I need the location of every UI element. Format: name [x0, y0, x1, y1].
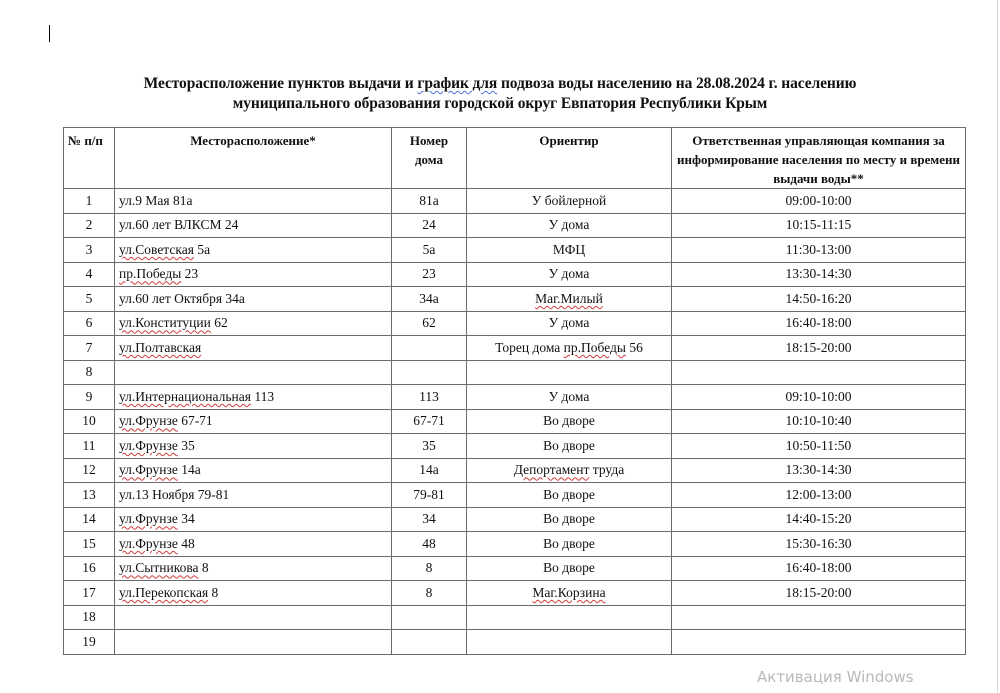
cell-time[interactable]: 09:00-10:00	[672, 189, 966, 214]
cell-house-number[interactable]: 79-81	[392, 483, 467, 508]
cell-time[interactable]	[672, 605, 966, 630]
table-row: 1ул.9 Мая 81а81аУ бойлерной09:00-10:00	[64, 189, 966, 214]
cell-landmark[interactable]: У дома	[467, 213, 672, 238]
header-landmark: Ориентир	[467, 128, 672, 189]
cell-number[interactable]: 16	[64, 556, 115, 581]
cell-landmark[interactable]: У дома	[467, 385, 672, 410]
table-row: 4пр.Победы 2323У дома13:30-14:30	[64, 262, 966, 287]
cell-landmark[interactable]: У дома	[467, 262, 672, 287]
document-title: Месторасположение пунктов выдачи и графи…	[60, 74, 940, 114]
spellcheck-flagged-text: ул.Сытникова	[119, 560, 199, 575]
spellcheck-flagged-text: ул.Фрунзе	[119, 413, 178, 428]
cell-house-number[interactable]: 34а	[392, 287, 467, 312]
cell-house-number[interactable]: 48	[392, 532, 467, 557]
cell-house-number[interactable]: 8	[392, 581, 467, 606]
cell-location[interactable]	[115, 630, 392, 655]
cell-time[interactable]: 16:40-18:00	[672, 556, 966, 581]
cell-house-number[interactable]: 113	[392, 385, 467, 410]
cell-location[interactable]: ул.Советская 5а	[115, 238, 392, 263]
cell-number[interactable]: 9	[64, 385, 115, 410]
cell-landmark[interactable]	[467, 360, 672, 385]
cell-location[interactable]: ул.Фрунзе 48	[115, 532, 392, 557]
cell-number[interactable]: 15	[64, 532, 115, 557]
cell-time[interactable]: 10:10-10:40	[672, 409, 966, 434]
cell-house-number[interactable]	[392, 630, 467, 655]
cell-house-number[interactable]: 8	[392, 556, 467, 581]
cell-number[interactable]: 12	[64, 458, 115, 483]
cell-location[interactable]: ул.Сытникова 8	[115, 556, 392, 581]
cell-number[interactable]: 13	[64, 483, 115, 508]
header-location: Месторасположение*	[115, 128, 392, 189]
header-responsible-time: Ответственная управляющая компания за ин…	[672, 128, 966, 189]
table-row: 10ул.Фрунзе 67-7167-71Во дворе10:10-10:4…	[64, 409, 966, 434]
cell-number[interactable]: 10	[64, 409, 115, 434]
cell-location[interactable]: ул.Интернациональная 113	[115, 385, 392, 410]
cell-landmark[interactable]: Маг.Милый	[467, 287, 672, 312]
cell-time[interactable]: 13:30-14:30	[672, 458, 966, 483]
cell-time[interactable]: 14:40-15:20	[672, 507, 966, 532]
cell-number[interactable]: 7	[64, 336, 115, 361]
cell-number[interactable]: 17	[64, 581, 115, 606]
header-number: № п/п	[64, 128, 115, 189]
spellcheck-flagged-text: Маг.Корзина	[532, 585, 605, 600]
cell-time[interactable]: 11:30-13:00	[672, 238, 966, 263]
cell-location[interactable]	[115, 605, 392, 630]
title-line-1: Месторасположение пунктов выдачи и графи…	[60, 74, 940, 94]
cell-house-number[interactable]: 14а	[392, 458, 467, 483]
table-row: 14ул.Фрунзе 3434Во дворе14:40-15:20	[64, 507, 966, 532]
table-header-row: № п/п Месторасположение* Номер дома Орие…	[64, 128, 966, 189]
table-row: 5ул.60 лет Октября 34а34аМаг.Милый14:50-…	[64, 287, 966, 312]
cell-number[interactable]: 2	[64, 213, 115, 238]
table-row: 19	[64, 630, 966, 655]
cell-house-number[interactable]: 34	[392, 507, 467, 532]
table-row: 11ул.Фрунзе 3535Во дворе10:50-11:50	[64, 434, 966, 459]
cell-number[interactable]: 4	[64, 262, 115, 287]
cell-number[interactable]: 1	[64, 189, 115, 214]
cell-location[interactable]: ул.13 Ноября 79-81	[115, 483, 392, 508]
cell-landmark[interactable]: Депортамент труда	[467, 458, 672, 483]
table-row: 18	[64, 605, 966, 630]
cell-location[interactable]	[115, 360, 392, 385]
table-row: 9ул.Интернациональная 113113У дома09:10-…	[64, 385, 966, 410]
cell-time[interactable]	[672, 360, 966, 385]
cell-location[interactable]: ул.Фрунзе 34	[115, 507, 392, 532]
cell-time[interactable]: 15:30-16:30	[672, 532, 966, 557]
text-cursor	[49, 25, 50, 42]
cell-landmark[interactable]: Во дворе	[467, 556, 672, 581]
cell-landmark[interactable]: Торец дома пр.Победы 56	[467, 336, 672, 361]
cell-time[interactable]: 13:30-14:30	[672, 262, 966, 287]
windows-activation-watermark: Активация Windows	[757, 668, 914, 686]
cell-time[interactable]: 18:15-20:00	[672, 581, 966, 606]
spellcheck-flagged-text: ул.Фрунзе	[119, 511, 178, 526]
cell-number[interactable]: 19	[64, 630, 115, 655]
cell-house-number[interactable]: 24	[392, 213, 467, 238]
cell-location[interactable]: ул.60 лет ВЛКСМ 24	[115, 213, 392, 238]
spellcheck-flagged-text: ул.Интернациональная	[119, 389, 251, 404]
spellcheck-flagged-text: Маг.Милый	[535, 291, 603, 306]
cell-number[interactable]: 14	[64, 507, 115, 532]
table-row: 15ул.Фрунзе 4848Во дворе15:30-16:30	[64, 532, 966, 557]
cell-number[interactable]: 8	[64, 360, 115, 385]
cell-location[interactable]: ул.Фрунзе 14а	[115, 458, 392, 483]
cell-house-number[interactable]: 67-71	[392, 409, 467, 434]
cell-time[interactable]	[672, 630, 966, 655]
cell-landmark[interactable]: Во дворе	[467, 483, 672, 508]
cell-location[interactable]: ул.Фрунзе 67-71	[115, 409, 392, 434]
cell-house-number[interactable]: 35	[392, 434, 467, 459]
water-distribution-table: № п/п Месторасположение* Номер дома Орие…	[63, 127, 966, 655]
cell-landmark[interactable]: Во дворе	[467, 409, 672, 434]
header-house-number: Номер дома	[392, 128, 467, 189]
spellcheck-flagged-text: пр.Победы	[564, 340, 626, 355]
grammar-flagged-text[interactable]: график для	[417, 75, 497, 92]
cell-landmark[interactable]: У дома	[467, 311, 672, 336]
cell-time[interactable]: 10:50-11:50	[672, 434, 966, 459]
cell-number[interactable]: 6	[64, 311, 115, 336]
cell-house-number[interactable]	[392, 360, 467, 385]
spellcheck-flagged-text: ул.Фрунзе	[119, 536, 178, 551]
cell-location[interactable]: ул.Фрунзе 35	[115, 434, 392, 459]
cell-number[interactable]: 11	[64, 434, 115, 459]
title-line-2: муниципального образования городской окр…	[60, 94, 940, 114]
cell-location[interactable]: ул.60 лет Октября 34а	[115, 287, 392, 312]
cell-landmark[interactable]: Во дворе	[467, 532, 672, 557]
spellcheck-flagged-text: ул.Конституции	[119, 315, 211, 330]
cell-landmark[interactable]: Во дворе	[467, 434, 672, 459]
cell-landmark[interactable]: Во дворе	[467, 507, 672, 532]
table-body: 1ул.9 Мая 81а81аУ бойлерной09:00-10:002у…	[64, 189, 966, 655]
table-row: 3ул.Советская 5а5аМФЦ11:30-13:00	[64, 238, 966, 263]
table-row: 2ул.60 лет ВЛКСМ 2424У дома10:15-11:15	[64, 213, 966, 238]
cell-time[interactable]: 12:00-13:00	[672, 483, 966, 508]
cell-number[interactable]: 3	[64, 238, 115, 263]
cell-house-number[interactable]	[392, 336, 467, 361]
spellcheck-flagged-text: ул.Перекопская	[119, 585, 208, 600]
table-row: 6ул.Конституции 6262У дома16:40-18:00	[64, 311, 966, 336]
cell-location[interactable]: ул.Полтавская	[115, 336, 392, 361]
cell-landmark[interactable]	[467, 630, 672, 655]
cell-landmark[interactable]: У бойлерной	[467, 189, 672, 214]
table-row: 17ул.Перекопская 88Маг.Корзина18:15-20:0…	[64, 581, 966, 606]
cell-number[interactable]: 18	[64, 605, 115, 630]
cell-location[interactable]: ул.Перекопская 8	[115, 581, 392, 606]
cell-landmark[interactable]: МФЦ	[467, 238, 672, 263]
table-row: 12ул.Фрунзе 14а14аДепортамент труда13:30…	[64, 458, 966, 483]
cell-house-number[interactable]: 81а	[392, 189, 467, 214]
table-row: 7ул.ПолтавскаяТорец дома пр.Победы 5618:…	[64, 336, 966, 361]
cell-landmark[interactable]: Маг.Корзина	[467, 581, 672, 606]
spellcheck-flagged-text: Депортамент	[514, 462, 590, 477]
spellcheck-flagged-text: ул.Фрунзе	[119, 438, 178, 453]
cell-house-number[interactable]: 62	[392, 311, 467, 336]
cell-location[interactable]: ул.9 Мая 81а	[115, 189, 392, 214]
cell-time[interactable]: 10:15-11:15	[672, 213, 966, 238]
spellcheck-flagged-text: пр.Победы	[119, 266, 181, 281]
cell-location[interactable]: ул.Конституции 62	[115, 311, 392, 336]
cell-time[interactable]: 16:40-18:00	[672, 311, 966, 336]
cell-location[interactable]: пр.Победы 23	[115, 262, 392, 287]
cell-house-number[interactable]: 5а	[392, 238, 467, 263]
table-row: 13ул.13 Ноября 79-8179-81Во дворе12:00-1…	[64, 483, 966, 508]
spellcheck-flagged-text: ул.Советская	[119, 242, 194, 257]
cell-number[interactable]: 5	[64, 287, 115, 312]
spellcheck-flagged-text: ул.Фрунзе	[119, 462, 178, 477]
page-edge	[997, 0, 998, 693]
cell-landmark[interactable]	[467, 605, 672, 630]
cell-time[interactable]: 18:15-20:00	[672, 336, 966, 361]
table-row: 16ул.Сытникова 88Во дворе16:40-18:00	[64, 556, 966, 581]
cell-time[interactable]: 09:10-10:00	[672, 385, 966, 410]
cell-time[interactable]: 14:50-16:20	[672, 287, 966, 312]
table-row: 8	[64, 360, 966, 385]
cell-house-number[interactable]: 23	[392, 262, 467, 287]
cell-house-number[interactable]	[392, 605, 467, 630]
spellcheck-flagged-text: ул.Полтавская	[119, 340, 201, 355]
